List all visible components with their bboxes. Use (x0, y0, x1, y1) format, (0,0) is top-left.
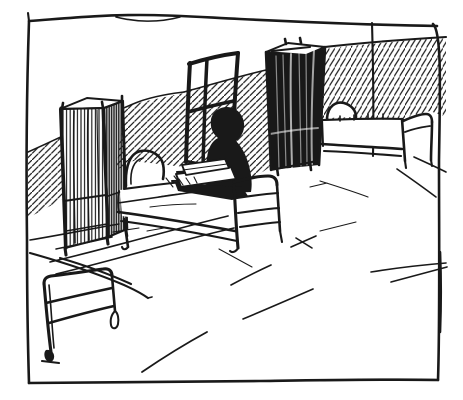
room-sketch (0, 0, 463, 400)
canvas (0, 0, 463, 400)
bed-bottom-left (42, 269, 118, 363)
wardrobe-right (265, 38, 326, 175)
